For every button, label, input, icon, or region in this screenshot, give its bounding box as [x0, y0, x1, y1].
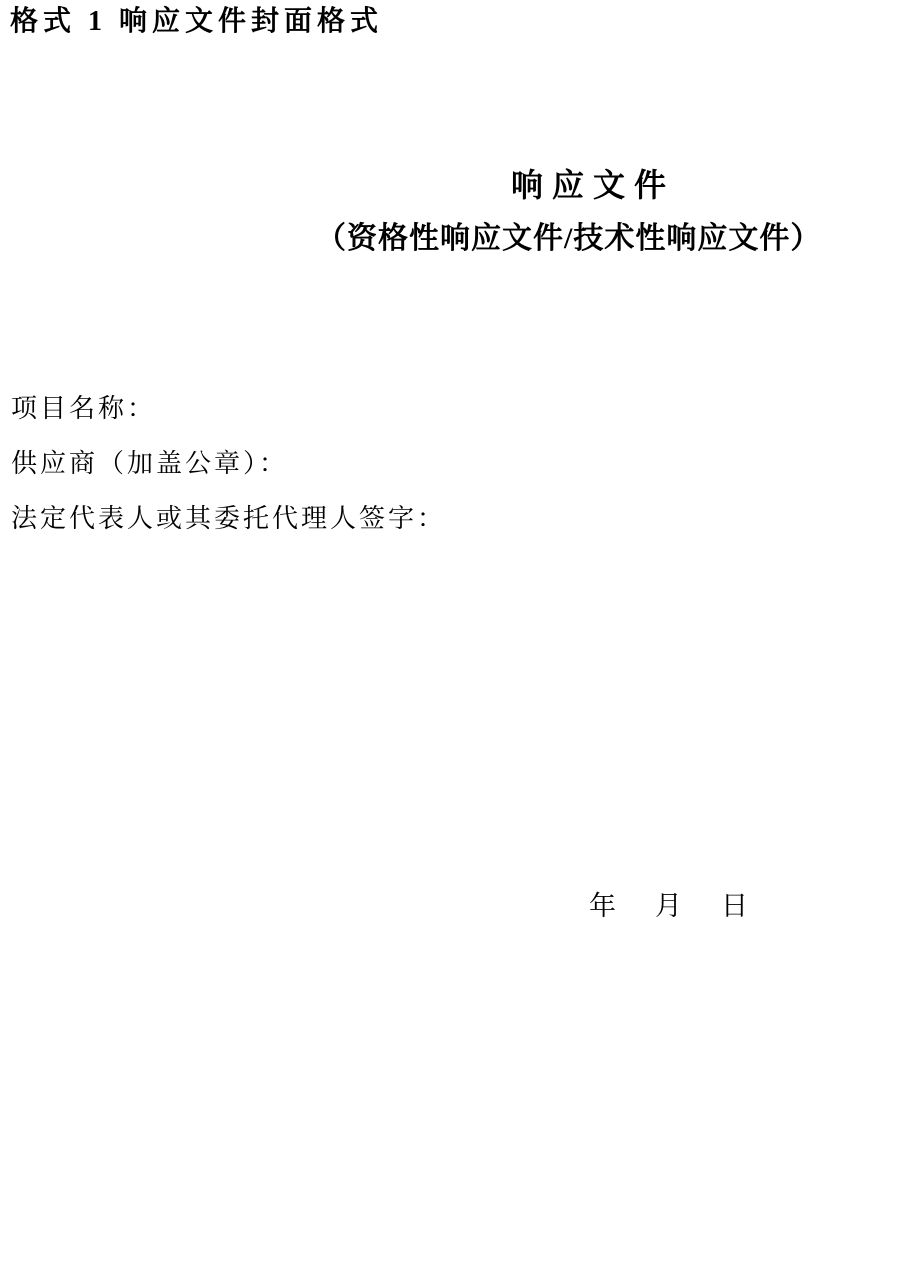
field-legal-representative-signature: 法定代表人或其委托代理人签字： [11, 504, 446, 534]
field-supplier-seal: 供应商（加盖公章）： [11, 449, 288, 479]
date-line: 年 月 日 [589, 891, 754, 922]
document-page: 格式 1 响应文件封面格式 响应文件 （资格性响应文件/技术性响应文件） 项目名… [0, 0, 900, 1265]
format-header: 格式 1 响应文件封面格式 [10, 6, 383, 38]
document-title: 响应文件 [511, 167, 675, 204]
document-subtitle: （资格性响应文件/技术性响应文件） [316, 222, 821, 257]
field-project-name: 项目名称： [11, 394, 156, 424]
